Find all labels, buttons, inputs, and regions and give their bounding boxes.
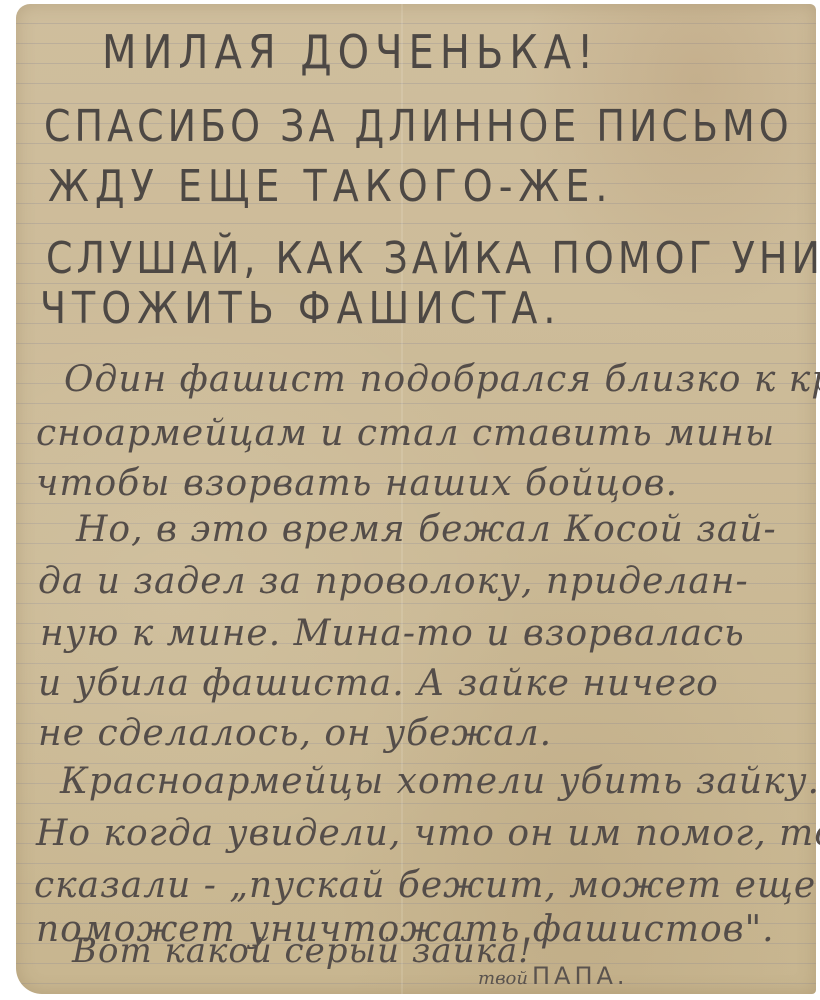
printed-line: СПАСИБО ЗА ДЛИННОЕ ПИСЬМО	[44, 104, 793, 148]
printed-line: ЖДУ ЕЩЕ ТАКОГО-ЖЕ.	[48, 164, 613, 208]
cursive-line: Но когда увидели, что он им помог, то	[36, 816, 820, 852]
cursive-line: Но, в это время бежал Косой зай-	[76, 512, 777, 548]
printed-line: СЛУШАЙ, КАК ЗАЙКА ПОМОГ УНИ-	[46, 236, 820, 280]
signature-name: ПАПА.	[532, 962, 629, 990]
signature-prefix: твой	[478, 968, 528, 989]
cursive-line: сноармейцам и стал ставить мины	[36, 416, 775, 452]
cursive-line: Вот какой серый зайка!	[72, 934, 533, 968]
letter-salutation: МИЛАЯ ДОЧЕНЬКА!	[102, 30, 599, 76]
cursive-line: сказали - „пускай бежит, может еще	[34, 868, 816, 904]
cursive-line: чтобы взорвать наших бойцов.	[36, 466, 678, 502]
cursive-line: ную к мине. Мина-то и взорвалась	[40, 616, 745, 652]
cursive-line: да и задел за проволоку, приделан-	[38, 564, 749, 600]
letter-paper: МИЛАЯ ДОЧЕНЬКА! СПАСИБО ЗА ДЛИННОЕ ПИСЬМ…	[16, 4, 816, 994]
cursive-line: Один фашист подобрался близко к кра-	[64, 362, 820, 398]
cursive-line: Красноармейцы хотели убить зайку.	[60, 764, 820, 800]
cursive-line: и убила фашиста. А зайке ничего	[38, 666, 719, 702]
cursive-line: не сделалось, он убежал.	[38, 716, 552, 752]
printed-line: ЧТОЖИТЬ ФАШИСТА.	[40, 286, 561, 330]
signature: твой ПАПА.	[478, 964, 629, 988]
